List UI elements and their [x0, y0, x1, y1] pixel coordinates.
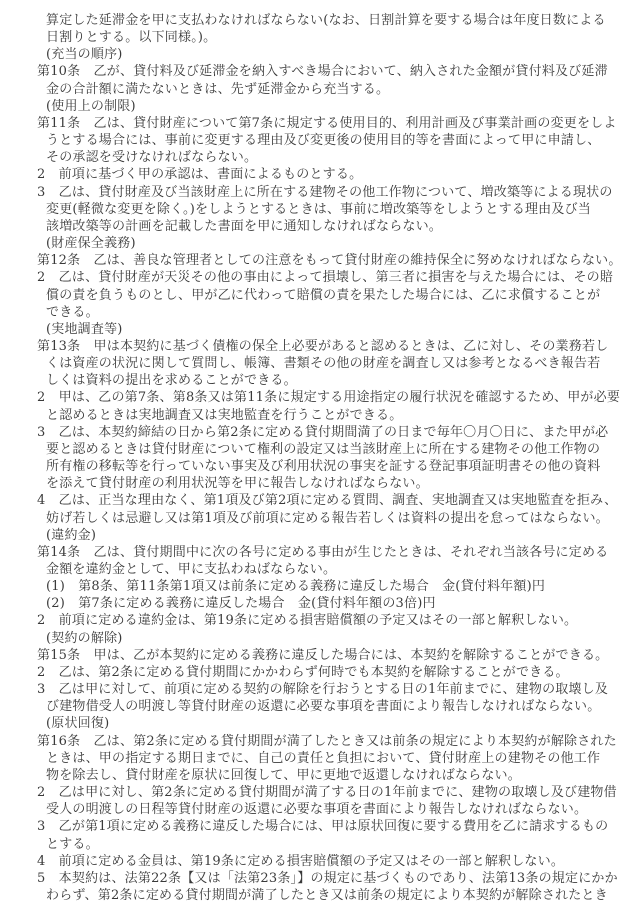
document-line: を添えて貸付財産の利用状況等を甲に報告しなければならない。: [46, 475, 600, 492]
document-line: 妨げ若しくは忌避し又は第1項及び前項に定める報告若しくは資料の提出を怠ってはなら…: [46, 510, 600, 527]
document-line: 第12条 乙は、善良な管理者としての注意をもって貸付財産の維持保全に努めなければ…: [37, 252, 600, 269]
document-line: (財産保全義務): [46, 235, 600, 252]
document-line: 第13条 甲は本契約に基づく債権の保全上必要があると認めるときは、乙に対し、その…: [37, 338, 600, 355]
document-line: しくは資料の提出を求めることができる。: [46, 372, 600, 389]
document-line: できる。: [46, 304, 600, 321]
document-page: 算定した延滞金を甲に支払わなければならない(なお、日割計算を要する場合は年度日数…: [0, 0, 630, 915]
document-line: 第10条 乙が、貸付料及び延滞金を納入すべき場合において、納入された金額が貸付料…: [37, 63, 600, 80]
document-line: とする。: [46, 836, 600, 853]
document-line: び建物借受人の明渡し等貸付財産の返還に必要な事項を書面により報告しなければならな…: [46, 698, 600, 715]
document-line: (1) 第8条、第11条第1項又は前条に定める義務に違反した場合 金(貸付料年額…: [46, 578, 600, 595]
document-line: 該増改築等の計画を記載した書面を甲に通知しなければならない。: [46, 218, 600, 235]
document-line: (契約の解除): [46, 630, 600, 647]
document-line: 2 前項に基づく甲の承認は、書面によるものとする。: [37, 166, 600, 183]
document-line: 5 本契約は、法第22条【又は「法第23条」】の規定に基づくものであり、法第13…: [37, 870, 600, 887]
document-line: その承認を受けなければならない。: [46, 149, 600, 166]
document-line: と認めるときは実地調査又は実地監査を行うことができる。: [46, 407, 600, 424]
document-line: 日割りとする。以下同様。)。: [46, 29, 600, 46]
document-line: うとする場合には、事前に変更する理由及び変更後の使用目的等を書面によって甲に申請…: [46, 132, 600, 149]
document-line: 4 前項に定める金員は、第19条に定める損害賠償額の予定又はその一部と解釈しない…: [37, 853, 600, 870]
document-line: 償の責を負うものとし、甲が乙に代わって賠償の責を果たした場合には、乙に求償するこ…: [46, 287, 600, 304]
document-body: 算定した延滞金を甲に支払わなければならない(なお、日割計算を要する場合は年度日数…: [37, 12, 600, 904]
document-line: (2) 第7条に定める義務に違反した場合 金(貸付料年額の3倍)円: [46, 595, 600, 612]
document-line: 物を除去し、貸付財産を原状に回復して、甲に更地で返還しなければならない。: [46, 767, 600, 784]
document-line: 第16条 乙は、第2条に定める貸付期間が満了したとき又は前条の規定により本契約が…: [37, 733, 600, 750]
document-line: 所有権の移転等を行っていない事実及び利用状況の事実を証する登記事項証明書その他の…: [46, 458, 600, 475]
document-line: くは資産の状況に関して質問し、帳簿、書類その他の財産を調査し又は参考となるべき報…: [46, 355, 600, 372]
document-line: 第14条 乙は、貸付期間中に次の各号に定める事由が生じたときは、それぞれ当該各号…: [37, 544, 600, 561]
document-line: 3 乙は、本契約締結の日から第2条に定める貸付期間満了の日まで毎年〇月〇日に、ま…: [37, 424, 600, 441]
document-line: 3 乙が第1項に定める義務に違反した場合には、甲は原状回復に要する費用を乙に請求…: [37, 818, 600, 835]
document-line: わらず、第2条に定める貸付期間が満了したとき又は前条の規定により本契約が解除され…: [46, 887, 600, 904]
document-line: 金の合計額に満たないときは、先ず延滞金から充当する。: [46, 81, 600, 98]
document-line: (違約金): [46, 527, 600, 544]
document-line: 2 甲は、乙の第7条、第8条又は第11条に規定する用途指定の履行状況を確認するた…: [37, 389, 600, 406]
document-line: (充当の順序): [46, 46, 600, 63]
document-line: 第11条 乙は、貸付財産について第7条に規定する使用目的、利用計画及び事業計画の…: [37, 115, 600, 132]
document-line: 2 乙は、貸付財産が天災その他の事由によって損壊し、第三者に損害を与えた場合には…: [37, 269, 600, 286]
document-line: 要と認めるときは貸付財産について権利の設定又は当該財産上に所在する建物その他工作…: [46, 441, 600, 458]
document-line: 2 乙は、第2条に定める貸付期間にかかわらず何時でも本契約を解除することができる…: [37, 664, 600, 681]
document-line: 4 乙は、正当な理由なく、第1項及び第2項に定める質問、調査、実地調査又は実地監…: [37, 492, 600, 509]
document-line: 3 乙は、貸付財産及び当該財産上に所在する建物その他工作物について、増改築等によ…: [37, 184, 600, 201]
document-line: 算定した延滞金を甲に支払わなければならない(なお、日割計算を要する場合は年度日数…: [46, 12, 600, 29]
document-line: 3 乙は甲に対して、前項に定める契約の解除を行おうとする日の1年前までに、建物の…: [37, 681, 600, 698]
document-line: (使用上の制限): [46, 98, 600, 115]
document-line: 第15条 甲は、乙が本契約に定める義務に違反した場合には、本契約を解除することが…: [37, 647, 600, 664]
document-line: (実地調査等): [46, 321, 600, 338]
document-line: 2 乙は甲に対し、第2条に定める貸付期間が満了する日の1年前までに、建物の取壊し…: [37, 784, 600, 801]
document-line: 受人の明渡しの日程等貸付財産の返還に必要な事項を書面により報告しなければならない…: [46, 801, 600, 818]
document-line: 変更(軽微な変更を除く。)をしようとするときは、事前に増改築等をしようとする理由…: [46, 201, 600, 218]
document-line: 金額を違約金として、甲に支払わねばならない。: [46, 561, 600, 578]
document-line: 2 前項に定める違約金は、第19条に定める損害賠償額の予定又はその一部と解釈しな…: [37, 612, 600, 629]
document-line: ときは、甲の指定する期日までに、自己の責任と負担において、貸付財産上の建物その他…: [46, 750, 600, 767]
document-line: (原状回復): [46, 715, 600, 732]
